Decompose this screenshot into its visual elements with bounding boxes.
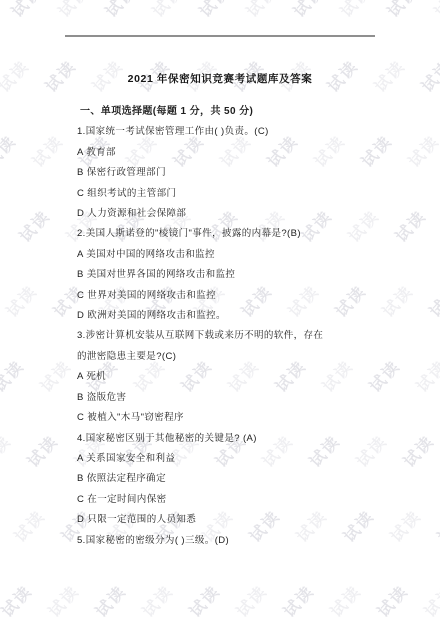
watermark-text: 试读 [277, 579, 318, 620]
watermark-text: 试读 [193, 0, 234, 22]
watermark-text: 试读 [89, 579, 130, 620]
watermark-text: 试读 [240, 0, 281, 22]
watermark-text: 试读 [428, 0, 440, 22]
watermark-text: 试读 [34, 354, 75, 396]
question-stem-line: 1.国家统一考试保密管理工作由( )负责。(C) [77, 122, 407, 142]
watermark-text: 试读 [0, 429, 16, 471]
document-title: 2021 年保密知识竞赛考试题库及答案 [0, 71, 440, 86]
watermark-text: 试读 [410, 354, 440, 396]
option-line: B 依照法定程序确定 [77, 469, 407, 489]
document-body: 一、单项选择题(每题 1 分，共 50 分) 1.国家统一考试保密管理工作由( … [77, 102, 407, 551]
watermark-text: 试读 [0, 579, 37, 620]
watermark-text: 试读 [418, 579, 440, 620]
option-line: B 保密行政管理部门 [77, 163, 407, 183]
watermark-text: 试读 [431, 504, 440, 546]
watermark-text: 试读 [5, 0, 46, 22]
question-stem-line: 5.国家秘密的密级分为( )三级。(D) [77, 531, 407, 551]
question-stem-line: 4.国家秘密区别于其他秘密的关键是? (A) [77, 429, 407, 449]
option-line: A 死机 [77, 367, 407, 387]
watermark-text: 试读 [99, 0, 140, 22]
option-line: D 人力资源和社会保障部 [77, 204, 407, 224]
watermark-text: 试读 [0, 354, 29, 396]
question-stem-line: 2.美国人斯诺登的"棱镜门"事件，披露的内幕是?(B) [77, 224, 407, 244]
question-stem-line: 的泄密隐患主要是?(C) [77, 347, 407, 367]
watermark-text: 试读 [371, 579, 412, 620]
option-line: A 关系国家安全和利益 [77, 449, 407, 469]
option-line: B 美国对世界各国的网络攻击和监控 [77, 265, 407, 285]
watermark-text: 试读 [26, 129, 67, 171]
watermark-text: 试读 [136, 579, 177, 620]
watermark-text: 试读 [183, 579, 224, 620]
watermark-text: 试读 [146, 0, 187, 22]
document-page: 试读试读试读试读试读试读试读试读试读试读试读试读试读试读试读试读试读试读试读试读… [0, 0, 440, 620]
option-line: D 只限一定范围的人员知悉 [77, 510, 407, 530]
watermark-text: 试读 [21, 429, 62, 471]
watermark-text: 试读 [423, 279, 440, 321]
option-line: C 组织考试的主管部门 [77, 184, 407, 204]
watermark-text: 试读 [230, 579, 271, 620]
option-line: C 在一定时间内保密 [77, 490, 407, 510]
option-line: C 世界对美国的网络攻击和监控 [77, 286, 407, 306]
watermark-text: 试读 [8, 504, 49, 546]
top-divider-line [65, 35, 375, 37]
watermark-text: 试读 [287, 0, 328, 22]
option-line: C 被植入"木马"窃密程序 [77, 408, 407, 428]
watermark-text: 试读 [381, 0, 422, 22]
watermark-text: 试读 [0, 129, 21, 171]
watermark-text: 试读 [324, 579, 365, 620]
option-line: A 美国对中国的网络攻击和监控 [77, 245, 407, 265]
option-line: A 教育部 [77, 143, 407, 163]
watermark-text: 试读 [334, 0, 375, 22]
question-stem-line: 3.涉密计算机安装从互联网下载或来历不明的软件，存在 [77, 326, 407, 346]
watermark-text: 试读 [13, 204, 54, 246]
watermark-text: 试读 [0, 279, 41, 321]
watermark-text: 试读 [42, 579, 83, 620]
option-line: B 盗版危害 [77, 388, 407, 408]
section-header: 一、单项选择题(每题 1 分，共 50 分) [80, 102, 407, 122]
watermark-text: 试读 [402, 129, 440, 171]
option-line: D 欧洲对美国的网络攻击和监控。 [77, 306, 407, 326]
watermark-text: 试读 [436, 204, 440, 246]
watermark-text: 试读 [52, 0, 93, 22]
question-list: 1.国家统一考试保密管理工作由( )负责。(C)A 教育部B 保密行政管理部门C… [77, 122, 407, 551]
